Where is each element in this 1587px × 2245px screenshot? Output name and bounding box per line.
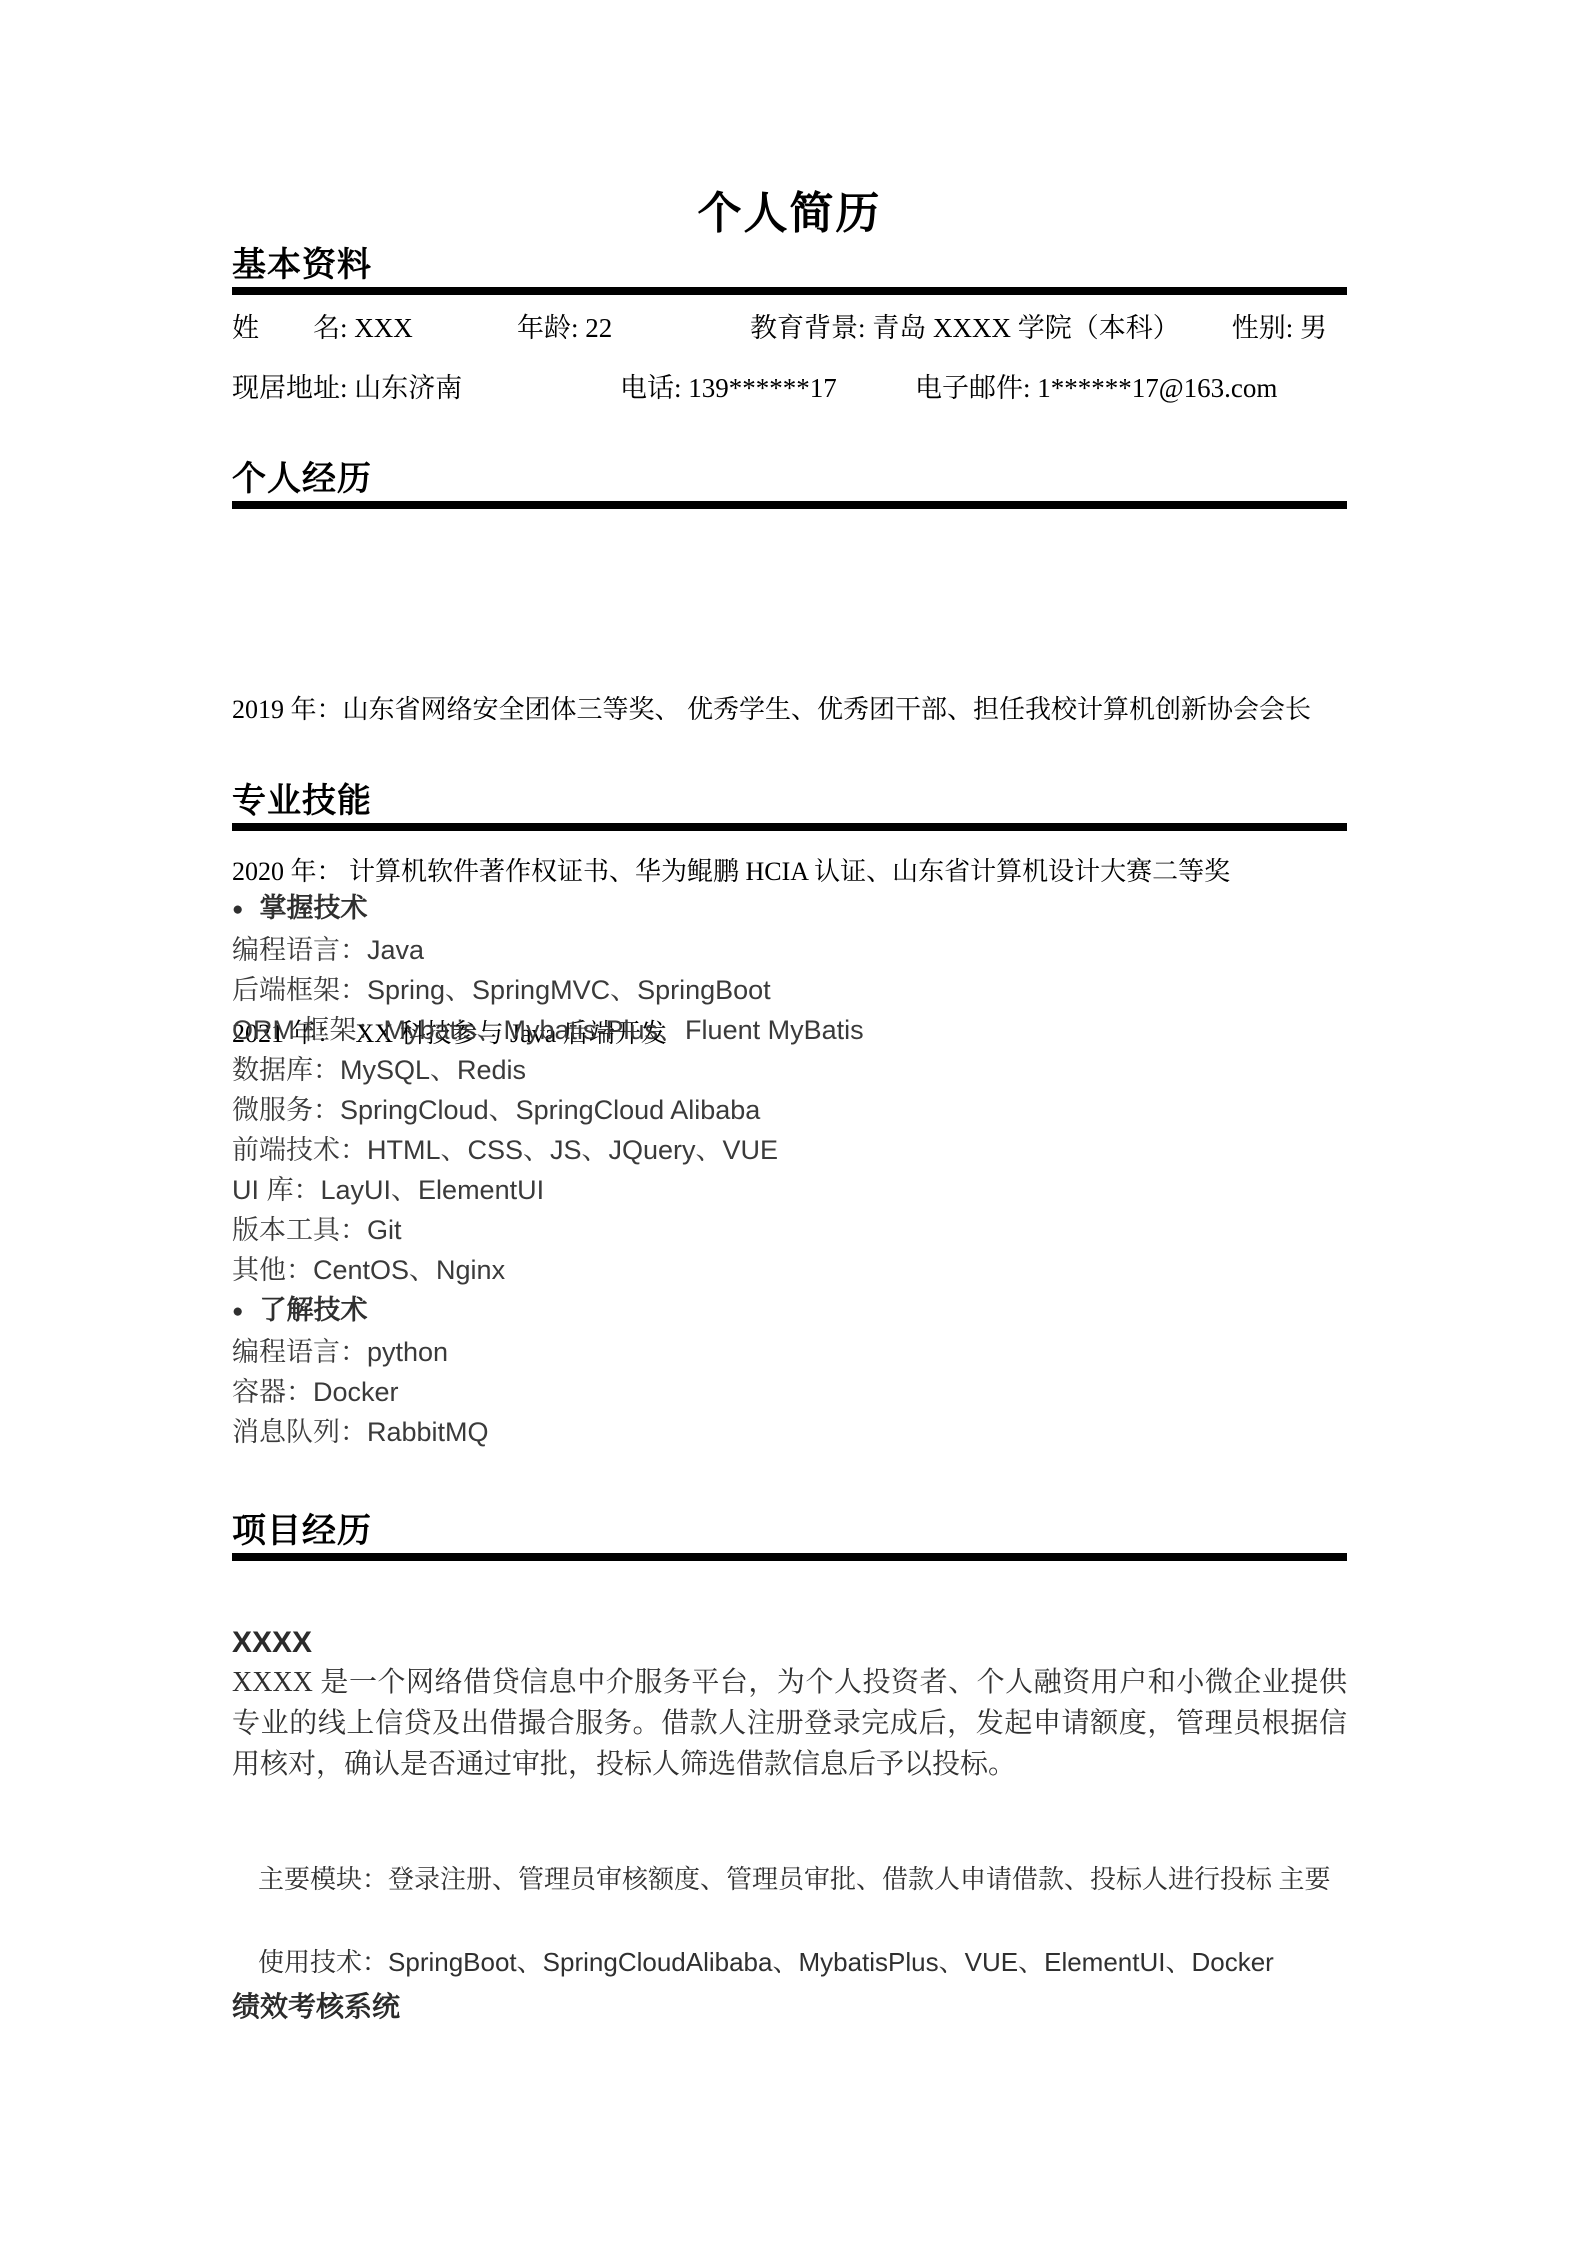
project-title-2: 绩效考核系统 (232, 1992, 1347, 2023)
skill-item-frontend: 前端技术：HTML、CSS、JS、JQuery、VUE (232, 1130, 1347, 1170)
field-age: 年龄: 22 (517, 312, 612, 344)
section-heading-skills: 专业技能 (232, 784, 1347, 831)
skill-value: MySQL、Redis (340, 1055, 526, 1085)
project-description: XXXX 是一个网络借贷信息中介服务平台，为个人投资者、个人融资用户和小微企业提… (232, 1662, 1347, 1785)
skill-value: Docker (313, 1377, 399, 1407)
project-modules-value: 登录注册、管理员审核额度、管理员审批、借款人申请借款、投标人进行投标 主要 (388, 1865, 1331, 1894)
experience-item-2019: 2019 年：山东省网络安全团体三等奖、 优秀学生、优秀团干部、担任我校计算机创… (232, 683, 1347, 737)
skill-value: HTML、CSS、JS、JQuery、VUE (367, 1135, 778, 1165)
section-heading-skills-label: 专业技能 (232, 783, 372, 820)
field-phone: 电话: 139******17 (620, 372, 837, 404)
project-modules-label: 主要模块： (258, 1865, 388, 1894)
skill-label: 编程语言： (232, 935, 367, 965)
skill-value: SpringCloud、SpringCloud Alibaba (340, 1095, 760, 1125)
skill-value: Spring、SpringMVC、SpringBoot (367, 975, 771, 1005)
field-email: 电子邮件: 1******17@163.com (915, 372, 1277, 404)
skills-group-mastered-title: 掌握技术 (259, 893, 367, 923)
skill-value: Java (367, 935, 424, 965)
skill-item-version-tool: 版本工具：Git (232, 1210, 1347, 1250)
skills-group-mastered: ●掌握技术 (232, 888, 1347, 930)
field-address: 现居地址: 山东济南 (232, 372, 462, 404)
skill-item-mq: 消息队列：RabbitMQ (232, 1412, 1347, 1452)
skill-label: 编程语言： (232, 1337, 367, 1367)
project-title-1: XXXX (232, 1626, 1347, 1659)
section-heading-basic-info-label: 基本资料 (232, 247, 372, 284)
bullet-icon: ● (232, 890, 243, 930)
resume-document: 个人简历 基本资料 姓 名: XXX 年龄: 22 教育背景: 青岛 XXXX … (0, 0, 1587, 2245)
basic-info-row-1: 姓 名: XXX 年龄: 22 教育背景: 青岛 XXXX 学院（本科） 性别:… (232, 312, 1347, 344)
field-gender: 性别: 男 (1232, 312, 1327, 344)
bullet-icon: ● (232, 1292, 243, 1332)
skills-group-familiar-title: 了解技术 (259, 1295, 367, 1325)
skill-label: ORM 框架： (232, 1015, 384, 1045)
section-heading-experience-label: 个人经历 (232, 461, 372, 498)
skill-item-microservice: 微服务：SpringCloud、SpringCloud Alibaba (232, 1090, 1347, 1130)
skill-value: Mybatis、Mybatis-Plus、Fluent MyBatis (384, 1015, 864, 1045)
skill-item-database: 数据库：MySQL、Redis (232, 1050, 1347, 1090)
skill-value: Git (367, 1215, 402, 1245)
section-heading-experience: 个人经历 (232, 462, 1347, 509)
skill-item-language-2: 编程语言：python (232, 1332, 1347, 1372)
skill-item-language: 编程语言：Java (232, 930, 1347, 970)
skill-label: 前端技术： (232, 1135, 367, 1165)
skill-label: UI 库： (232, 1175, 321, 1205)
skill-label: 消息队列： (232, 1417, 367, 1447)
skill-item-container: 容器：Docker (232, 1372, 1347, 1412)
skill-value: RabbitMQ (367, 1417, 489, 1447)
skill-label: 容器： (232, 1377, 313, 1407)
section-heading-projects-label: 项目经历 (232, 1513, 372, 1550)
field-education: 教育背景: 青岛 XXXX 学院（本科） (750, 312, 1180, 344)
skill-label: 微服务： (232, 1095, 340, 1125)
skills-group-familiar: ●了解技术 (232, 1290, 1347, 1332)
page-title: 个人简历 (232, 190, 1347, 238)
skill-item-ui-lib: UI 库：LayUI、ElementUI (232, 1170, 1347, 1210)
skills-list: ●掌握技术 编程语言：Java 后端框架：Spring、SpringMVC、Sp… (232, 888, 1347, 1452)
skill-item-other: 其他：CentOS、Nginx (232, 1250, 1347, 1290)
skill-value: python (367, 1337, 448, 1367)
field-name: 姓 名: XXX (232, 312, 413, 344)
project-tech-label: 使用技术： (258, 1948, 388, 1977)
skill-label: 版本工具： (232, 1215, 367, 1245)
section-heading-basic-info: 基本资料 (232, 248, 1347, 295)
skill-label: 后端框架： (232, 975, 367, 1005)
skill-item-orm: ORM 框架：Mybatis、Mybatis-Plus、Fluent MyBat… (232, 1010, 1347, 1050)
skill-value: CentOS、Nginx (313, 1255, 505, 1285)
basic-info-row-2: 现居地址: 山东济南 电话: 139******17 电子邮件: 1******… (232, 372, 1347, 404)
skill-item-backend: 后端框架：Spring、SpringMVC、SpringBoot (232, 970, 1347, 1010)
skill-label: 其他： (232, 1255, 313, 1285)
skill-label: 数据库： (232, 1055, 340, 1085)
section-heading-projects: 项目经历 (232, 1514, 1347, 1561)
project-tech-value: SpringBoot、SpringCloudAlibaba、MybatisPlu… (388, 1947, 1274, 1977)
skill-value: LayUI、ElementUI (321, 1175, 545, 1205)
